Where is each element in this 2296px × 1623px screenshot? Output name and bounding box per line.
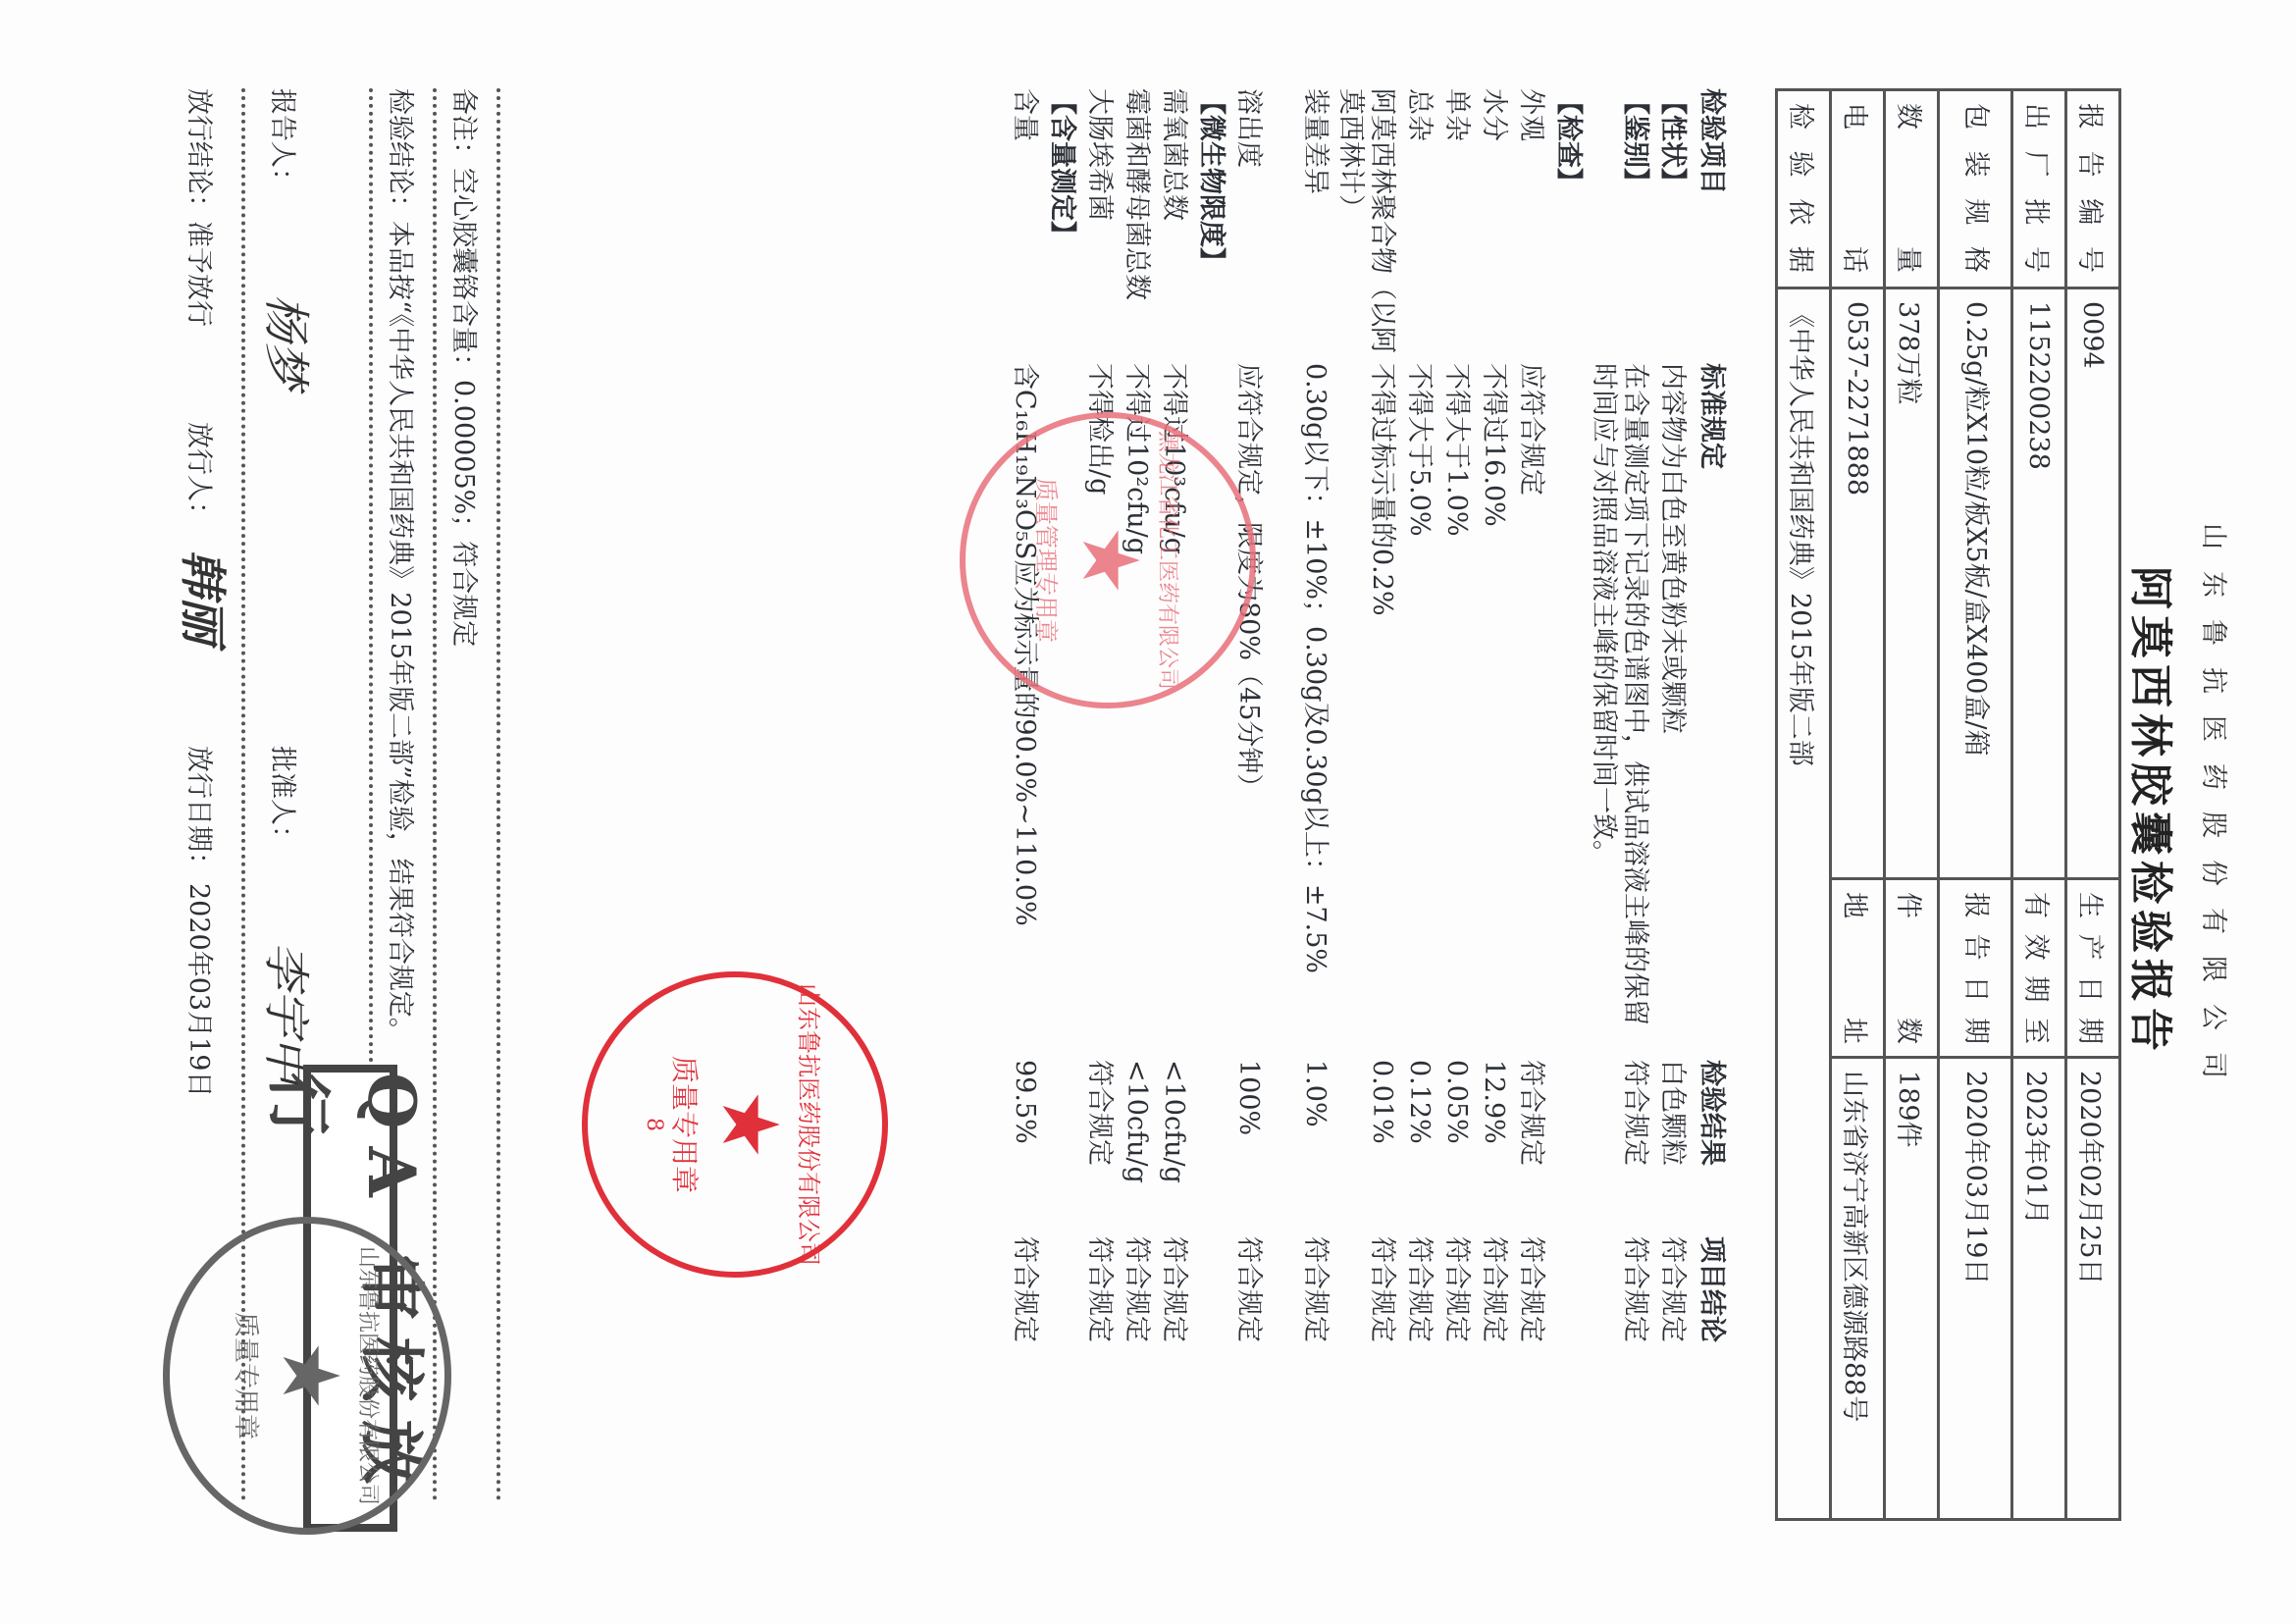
star-icon: ★ xyxy=(705,983,794,1266)
report-info-table: 报告编号 0094 生产日期 2020年02月25日 出厂批号 11522002… xyxy=(1775,88,2121,1521)
cell-result: 0.01% xyxy=(1366,1060,1397,1256)
company-quality-seal: 山东鲁抗医药股份有限公司 ★ 质量专用章 8 xyxy=(582,971,888,1278)
table-row: 【检查】 xyxy=(1546,88,1584,1521)
table-row: 需氧菌总数不得过10³cfu/g<10cfu/g符合规定 xyxy=(1152,88,1189,1521)
report-date-value: 2020年03月19日 xyxy=(1939,1058,2012,1520)
cell-standard: 内容物为白色至黄色粉末或颗粒 xyxy=(1656,363,1688,1030)
seal-number: 8 xyxy=(642,983,666,1266)
table-row: 含量含C₁₆H₁₉N₃O₅S应为标示量的90.0%~110.0%99.5%符合规… xyxy=(973,88,1040,1521)
cell-result: 符合规定 xyxy=(1515,1060,1546,1256)
batch-label: 出厂批号 xyxy=(2012,90,2066,288)
table-row: 水分不得过16.0%12.9%符合规定 xyxy=(1472,88,1509,1521)
report-date-label: 报告日期 xyxy=(1939,879,2012,1058)
reporter-signature: 杨梦 xyxy=(256,294,324,389)
cell-result: 符合规定 xyxy=(1619,1060,1650,1256)
cell-item: 需氧菌总数 xyxy=(1158,88,1189,353)
cell-conclusion: 符合规定 xyxy=(1440,1236,1472,1413)
release-conclusion: 放行结论：准予放行 xyxy=(183,88,221,327)
cell-item: 单杂 xyxy=(1440,88,1472,353)
seal-company-text: 山东鲁抗医药股份有限公司 xyxy=(794,983,828,1266)
cell-result: 0.05% xyxy=(1440,1060,1472,1256)
cell-result: 白色颗粒 xyxy=(1656,1060,1688,1256)
star-icon: ★ xyxy=(266,1246,354,1505)
cell-item: 总杂 xyxy=(1403,88,1435,353)
cell-result: 12.9% xyxy=(1478,1060,1509,1256)
distributor-quality-seal: 黑龙江省化工医药有限公司 ★ 质量管理专用章 xyxy=(960,412,1256,708)
cell-item: 含量 xyxy=(1009,88,1040,353)
items-header-row: 检验项目 标准规定 检验结果 项目结论 xyxy=(1688,88,1727,1521)
header-result: 检验结果 xyxy=(1696,1060,1727,1256)
phone-value: 0537-2271888 xyxy=(1831,288,1885,879)
seal-quality-text: 质量专用章 xyxy=(666,983,705,1266)
table-row: 霉菌和酵母菌总数不得过10²cfu/g<10cfu/g符合规定 xyxy=(1115,88,1152,1521)
cell-conclusion: 符合规定 xyxy=(1158,1236,1189,1413)
table-row: 大肠埃希菌不得检出/g符合规定符合规定 xyxy=(1077,88,1115,1521)
table-row: 【微生物限度】 xyxy=(1189,88,1226,1521)
cell-standard: 不得大于1.0% xyxy=(1440,363,1472,1030)
cell-item: 大肠埃希菌 xyxy=(1083,88,1115,353)
inspection-conclusion: 检验结论：本品按“《中华人民共和国药典》2015年版二部”检验，结果符合规定。 xyxy=(384,88,422,1044)
cell-result: 100% xyxy=(1232,1060,1264,1256)
approver-label: 批准人： xyxy=(266,746,304,852)
header-standard: 标准规定 xyxy=(1696,363,1727,1030)
cell-conclusion: 符合规定 xyxy=(1366,1236,1397,1413)
table-row: 【含量测定】 xyxy=(1040,88,1077,1521)
quantity-label: 数 量 xyxy=(1885,90,1939,288)
company-name: 山东鲁抗医药股份有限公司 xyxy=(2197,0,2235,1623)
cell-result: 符合规定 xyxy=(1083,1060,1115,1256)
pieces-label: 件 数 xyxy=(1885,879,1939,1058)
cell-standard: 不得过标示量的0.2% xyxy=(1366,363,1397,1030)
star-icon: ★ xyxy=(1066,431,1154,690)
cell-standard: 0.30g以下：±10%；0.30g及0.30g以上：±7.5% xyxy=(1299,363,1331,1030)
divider xyxy=(496,88,500,1501)
expiry-value: 2023年01月 xyxy=(2012,1058,2066,1520)
cell-conclusion: 符合规定 xyxy=(1232,1236,1264,1413)
table-row: 溶出度应符合规定，限度为80%（45分钟）100%符合规定 xyxy=(1226,88,1264,1521)
release-date-value: 2020年03月19日 xyxy=(183,883,221,1097)
report-title: 阿莫西林胶囊检验报告 xyxy=(2123,0,2186,1623)
cell-item: 霉菌和酵母菌总数 xyxy=(1121,88,1152,353)
reporter-label: 报告人： xyxy=(266,88,304,194)
table-row: 总杂不得大于5.0%0.12%符合规定 xyxy=(1397,88,1435,1521)
cell-standard: 不得大于5.0% xyxy=(1403,363,1435,1030)
seal-heilongjiang-sub: 质量管理专用章 xyxy=(1031,431,1066,690)
cell-item: 阿莫西林聚合物（以阿莫西林计） xyxy=(1334,88,1397,353)
cell-standard: 在含量测定项下记录的色谱图中，供试品溶液主峰的保留时间应与对照品溶液主峰的保留时… xyxy=(1588,363,1650,1030)
cell-conclusion: 符合规定 xyxy=(1083,1236,1115,1413)
gray-quality-seal: 山东鲁抗医药股份有限公司 ★ 质量专用章 xyxy=(163,1217,451,1535)
quantity-value: 378万粒 xyxy=(1885,288,1939,879)
cell-result: <10cfu/g xyxy=(1121,1060,1152,1256)
seal-gray-company: 山东鲁抗医药股份有限公司 xyxy=(354,1246,385,1505)
remark-text: 备注：空心胶囊铬含量：0.00005%；符合规定 xyxy=(447,88,486,647)
basis-value: 《中华人民共和国药典》2015年版二部 xyxy=(1777,288,1831,1520)
table-row: 【性状】内容物为白色至黄色粉末或颗粒白色颗粒符合规定 xyxy=(1650,88,1688,1521)
report-no-label: 报告编号 xyxy=(2066,90,2120,288)
cell-result: <10cfu/g xyxy=(1158,1060,1189,1256)
production-date-value: 2020年02月25日 xyxy=(2066,1058,2120,1520)
package-value: 0.25g/粒X10粒/板X5板/盒X400盒/箱 xyxy=(1939,288,2012,879)
report-no-value: 0094 xyxy=(2066,288,2120,879)
batch-value: 1152200238 xyxy=(2012,288,2066,879)
table-row: 外观应符合规定符合规定符合规定 xyxy=(1509,88,1546,1521)
cell-conclusion: 符合规定 xyxy=(1619,1236,1650,1413)
cell-item: 【微生物限度】 xyxy=(1195,88,1226,353)
expiry-label: 有效期至 xyxy=(2012,879,2066,1058)
table-row: 【鉴别】在含量测定项下记录的色谱图中，供试品溶液主峰的保留时间应与对照品溶液主峰… xyxy=(1584,88,1650,1521)
cell-conclusion: 符合规定 xyxy=(1299,1236,1331,1413)
cell-conclusion: 符合规定 xyxy=(1009,1236,1040,1413)
cell-item: 【性状】 xyxy=(1656,88,1688,353)
approver-signature: 李宇中 xyxy=(256,942,324,1083)
test-items-list: 检验项目 标准规定 检验结果 项目结论 【性状】内容物为白色至黄色粉末或颗粒白色… xyxy=(973,88,1727,1521)
cell-item: 【鉴别】 xyxy=(1619,88,1650,353)
cell-standard: 不得过16.0% xyxy=(1478,363,1509,1030)
production-date-label: 生产日期 xyxy=(2066,879,2120,1058)
pieces-value: 189件 xyxy=(1885,1058,1939,1520)
phone-label: 电 话 xyxy=(1831,90,1885,288)
releaser-label: 放行人： xyxy=(183,422,221,528)
cell-conclusion: 符合规定 xyxy=(1121,1236,1152,1413)
cell-item: 【含量测定】 xyxy=(1046,88,1077,353)
header-item: 检验项目 xyxy=(1696,88,1727,353)
cell-item: 【检查】 xyxy=(1552,88,1584,353)
cell-item: 外观 xyxy=(1515,88,1546,353)
releaser-signature: 韩丽 xyxy=(173,550,240,644)
cell-item: 装量差异 xyxy=(1299,88,1331,353)
address-value: 山东省济宁高新区德源路88号 xyxy=(1831,1058,1885,1520)
cell-conclusion: 符合规定 xyxy=(1656,1236,1688,1413)
release-date-label: 放行日期： xyxy=(183,746,221,878)
table-row: 装量差异0.30g以下：±10%；0.30g及0.30g以上：±7.5%1.0%… xyxy=(1264,88,1331,1521)
table-row: 单杂不得大于1.0%0.05%符合规定 xyxy=(1435,88,1472,1521)
seal-heilongjiang-text: 黑龙江省化工医药有限公司 xyxy=(1154,431,1184,690)
cell-item: 溶出度 xyxy=(1232,88,1264,353)
address-label: 地 址 xyxy=(1831,879,1885,1058)
cell-result: 1.0% xyxy=(1299,1060,1331,1256)
basis-label: 检验依据 xyxy=(1777,90,1831,288)
cell-result: 99.5% xyxy=(1009,1060,1040,1256)
table-row: 阿莫西林聚合物（以阿莫西林计）不得过标示量的0.2%0.01%符合规定 xyxy=(1331,88,1397,1521)
header-conclusion: 项目结论 xyxy=(1696,1236,1727,1413)
cell-conclusion: 符合规定 xyxy=(1515,1236,1546,1413)
cell-conclusion: 符合规定 xyxy=(1403,1236,1435,1413)
cell-item: 水分 xyxy=(1478,88,1509,353)
inspection-report-page: 山东鲁抗医药股份有限公司 阿莫西林胶囊检验报告 报告编号 0094 生产日期 2… xyxy=(0,0,2296,1623)
seal-gray-quality: 质量专用章 xyxy=(230,1246,266,1505)
cell-standard: 应符合规定，限度为80%（45分钟） xyxy=(1232,363,1264,1030)
cell-standard: 应符合规定 xyxy=(1515,363,1546,1030)
cell-conclusion: 符合规定 xyxy=(1478,1236,1509,1413)
cell-result: 0.12% xyxy=(1403,1060,1435,1256)
package-label: 包装规格 xyxy=(1939,90,2012,288)
